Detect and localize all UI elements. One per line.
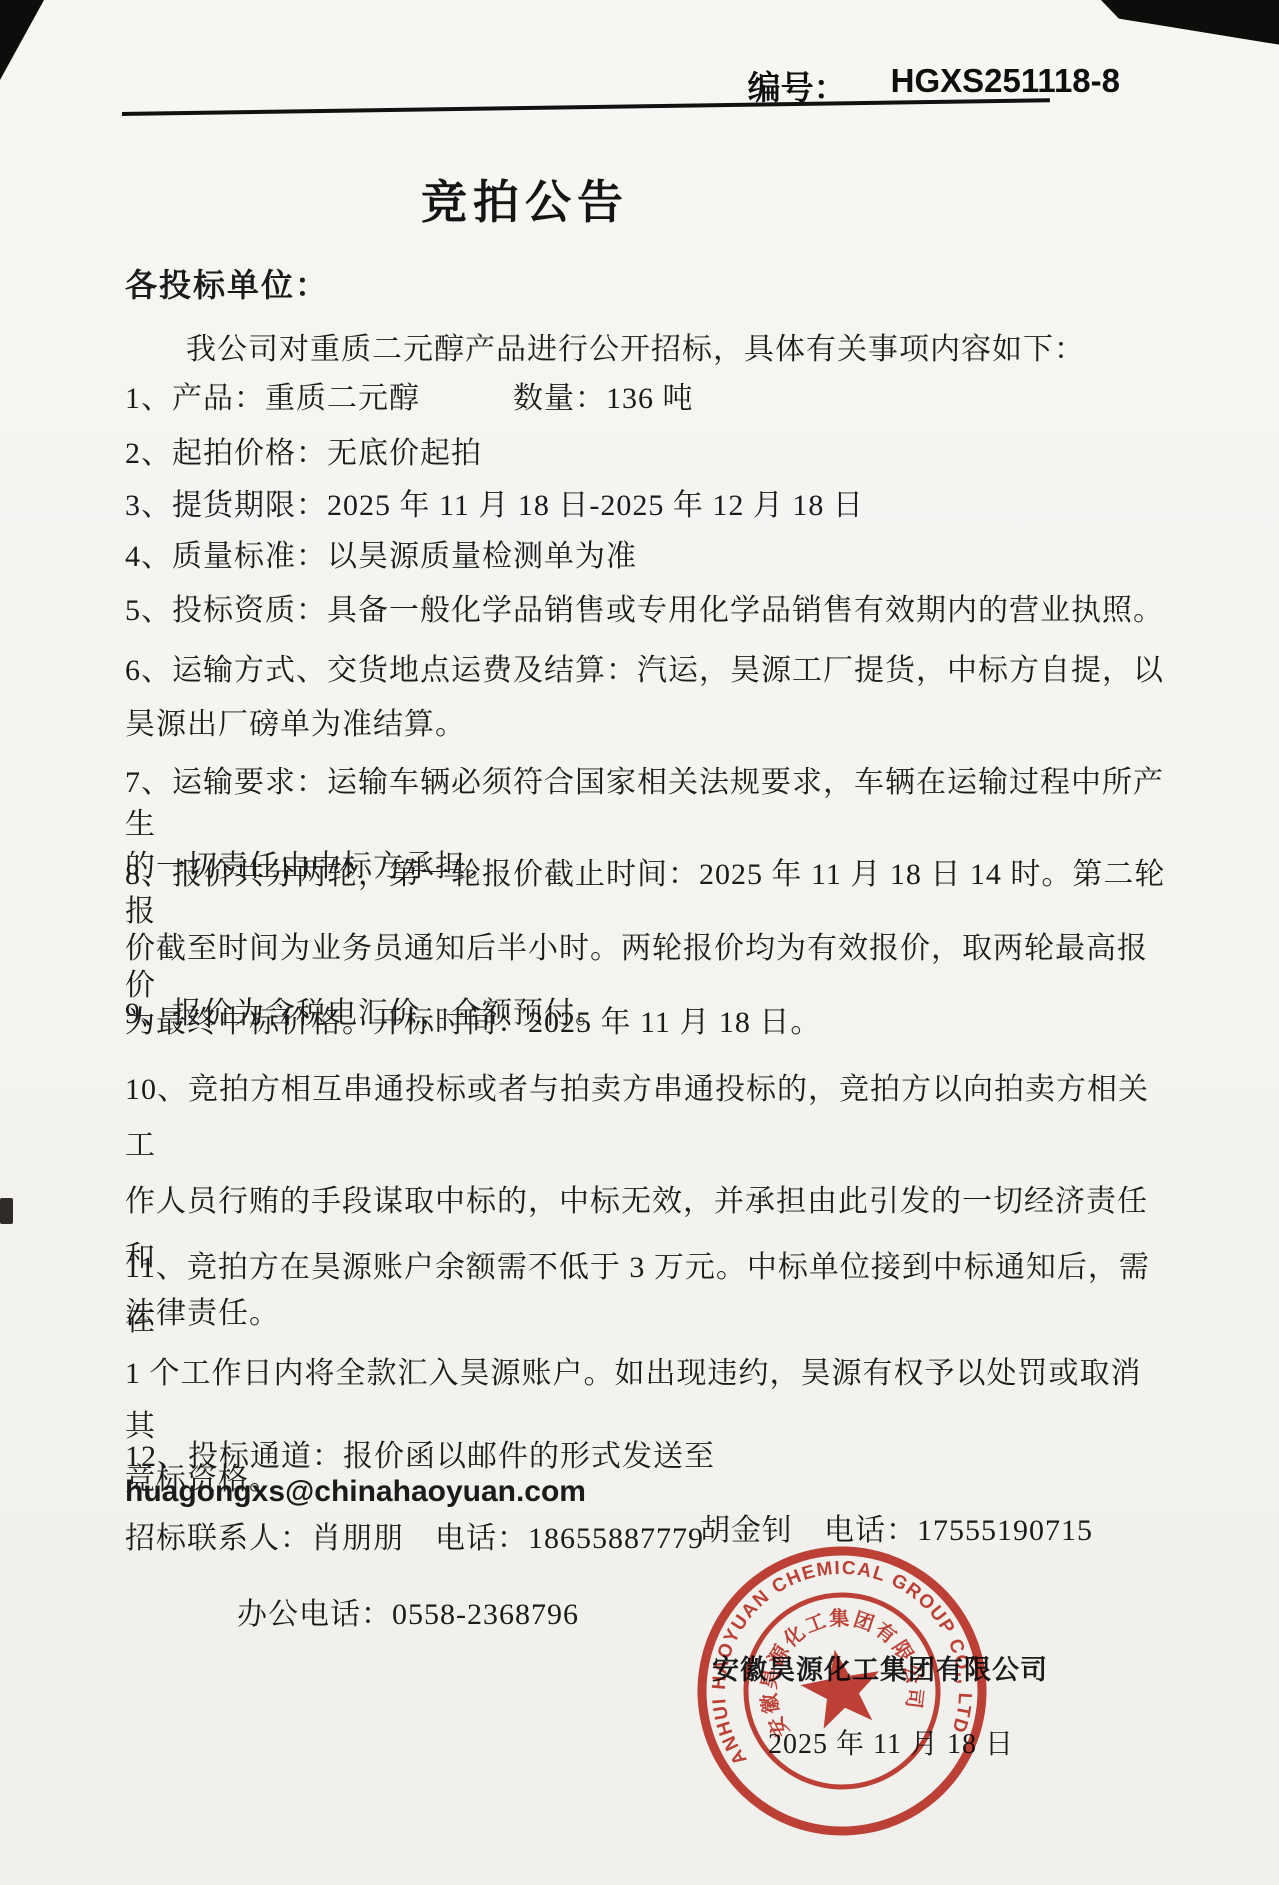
item-12-bid-channel: 12、投标通道：报价函以邮件的形式发送至 huagongxs@chinahaoy…: [125, 1440, 1170, 1509]
contact-primary: 招标联系人：肖朋朋 电话：18655887779: [125, 1513, 704, 1557]
company-seal: ANHUI HAOYUAN CHEMICAL GROUP CO., LTD. 安…: [658, 1507, 1026, 1875]
item-3-pickup-period: 3、提货期限：2025 年 11 月 18 日-2025 年 12 月 18 日: [125, 489, 1170, 524]
signature-date: 2025 年 11 月 18 日: [768, 1722, 1014, 1762]
corner-shadow-top-right-icon: [1101, 0, 1279, 62]
document-title: 竞拍公告: [125, 166, 925, 232]
corner-shadow-top-left-icon: [0, 0, 44, 80]
company-name: 安徽昊源化工集团有限公司: [712, 1648, 1048, 1687]
intro-paragraph: 我公司对重质二元醇产品进行公开招标，具体有关事项内容如下：: [186, 324, 1085, 368]
seal-outer-ring: [680, 1529, 1004, 1853]
salutation: 各投标单位：: [125, 260, 329, 306]
contact-secondary: 胡金钊 电话：17555190715: [700, 1505, 1093, 1549]
item-9-payment-terms: 9、报价为含税电汇价，全额预付。: [125, 997, 1170, 1032]
item-2-starting-price: 2、起拍价格：无底价起拍: [125, 437, 1170, 472]
office-phone: 办公电话：0558-2368796: [237, 1589, 579, 1633]
item-6-transport-settlement: 6、运输方式、交货地点运费及结算：汽运，昊源工厂提货，中标方自提，以 昊源出厂磅…: [125, 644, 1170, 752]
item-4-quality-standard: 4、质量标准：以昊源质量检测单为准: [125, 540, 1170, 575]
bid-email-address: huagongxs@chinahaoyuan.com: [125, 1475, 586, 1508]
item-1-product: 1、产品：重质二元醇 数量：136 吨: [125, 382, 1170, 417]
seal-inner-ring: [731, 1580, 953, 1802]
document-page: 编号： HGXS251118-8 竞拍公告 各投标单位： 我公司对重质二元醇产品…: [0, 0, 1279, 1885]
edge-speck-icon: [0, 1198, 13, 1224]
item-5-bidder-qualification: 5、投标资质：具备一般化学品销售或专用化学品销售有效期内的营业执照。: [125, 594, 1170, 629]
item-12-text: 12、投标通道：报价函以邮件的形式发送至: [125, 1440, 715, 1473]
